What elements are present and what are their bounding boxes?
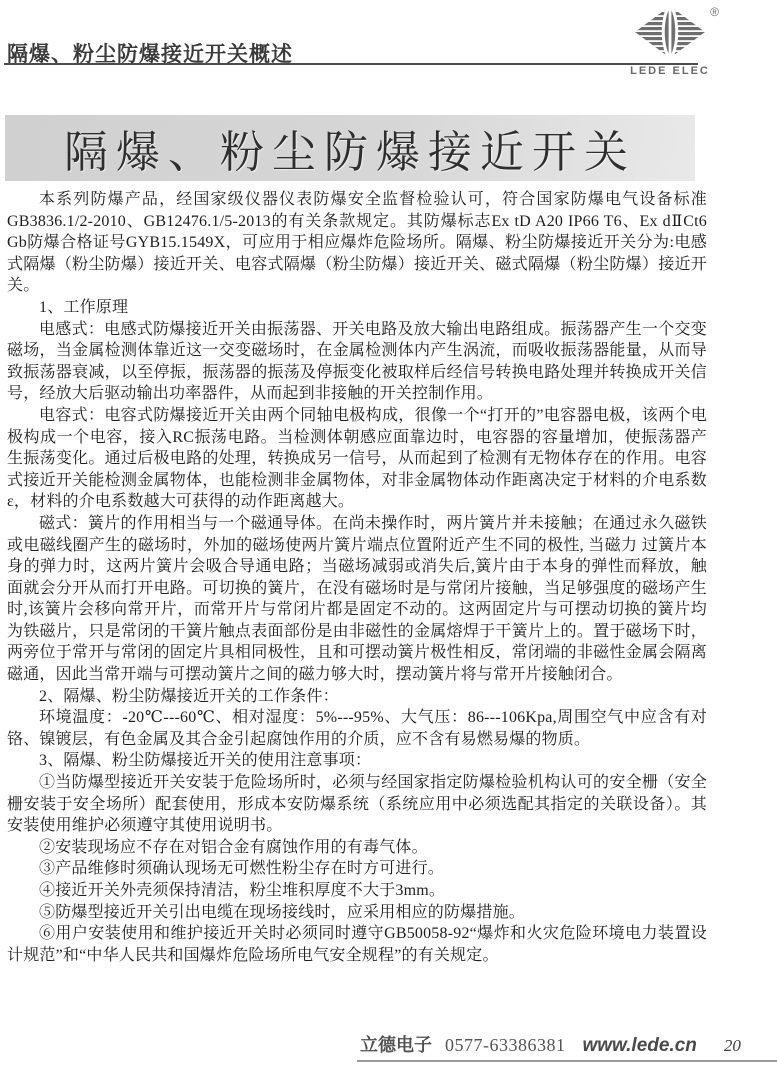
page-footer: 立德电子 0577-63386381 www.lede.cn 20 — [357, 1031, 777, 1062]
page-title: 隔爆、粉尘防爆接近开关 — [64, 116, 636, 180]
registered-trademark-icon: ® — [710, 5, 719, 19]
footer-company: 立德电子 — [360, 1031, 432, 1057]
section-heading-usage-notes: 3、隔爆、粉尘防爆接近开关的使用注意事项： — [7, 750, 707, 772]
body-content: 本系列防爆产品，经国家级仪器仪表防爆安全监督检验认可，符合国家防爆电气设备标准G… — [7, 189, 707, 966]
paragraph-working-conditions: 环境温度：-20℃---60℃、相对湿度：5%---95%、大气压：86---1… — [7, 707, 707, 750]
footer-phone: 0577-63386381 — [445, 1035, 566, 1056]
intro-paragraph: 本系列防爆产品，经国家级仪器仪表防爆安全监督检验认可，符合国家防爆电气设备标准G… — [7, 189, 707, 297]
section-heading-working-conditions: 2、隔爆、粉尘防爆接近开关的工作条件： — [7, 686, 707, 708]
catalog-page: 隔爆、粉尘防爆接近开关概述 ® LEDE ELEC — [0, 0, 777, 1082]
usage-note-5: ⑤防爆型接近开关引出电缆在现场接线时，应采用相应的防爆措施。 — [7, 902, 707, 924]
usage-note-2: ②安装现场应不存在对铝合金有腐蚀作用的有毒气体。 — [7, 837, 707, 859]
paragraph-inductive-type: 电感式：电感式防爆接近开关由振荡器、开关电路及放大输出电路组成。振荡器产生一个交… — [7, 319, 707, 405]
usage-note-3: ③产品维修时须确认现场无可燃性粉尘存在时方可进行。 — [7, 858, 707, 880]
footer-website: www.lede.cn — [583, 1035, 697, 1057]
usage-note-6: ⑥用户安装使用和维护接近开关时必须同时遵守GB50058-92“爆炸和火灾危险环… — [7, 923, 707, 966]
paragraph-capacitive-type: 电容式：电容式防爆接近开关由两个同轴电极构成，很像一个“打开的”电容器电极，该两… — [7, 405, 707, 513]
header-divider — [4, 63, 698, 65]
paragraph-magnetic-type: 磁式：簧片的作用相当与一个磁通导体。在尚未操作时，两片簧片并未接触；在通过永久磁… — [7, 513, 707, 686]
footer-page-number: 20 — [724, 1036, 741, 1056]
brand-logo: ® LEDE ELEC — [627, 5, 713, 77]
section-heading-working-principle: 1、工作原理 — [7, 297, 707, 319]
lede-diamond-icon — [632, 5, 708, 59]
usage-note-4: ④接近开关外壳须保持清洁，粉尘堆积厚度不大于3mm。 — [7, 880, 707, 902]
brand-name: LEDE ELEC — [627, 65, 713, 77]
title-banner: 隔爆、粉尘防爆接近开关 — [5, 115, 695, 181]
usage-note-1: ①当防爆型接近开关安装于危险场所时，必须与经国家指定防爆检验机构认可的安全栅（安… — [7, 772, 707, 837]
